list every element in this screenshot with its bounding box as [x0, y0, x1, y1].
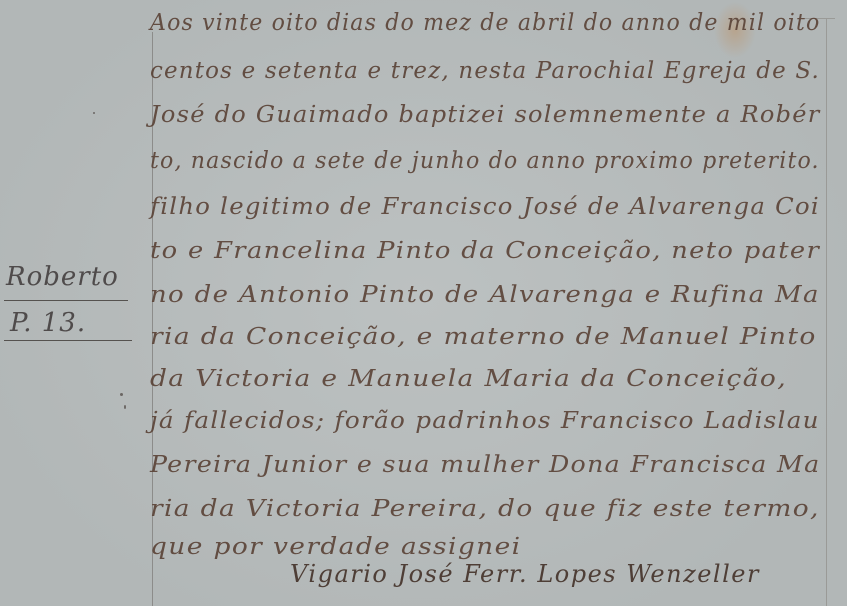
- ink-speck: [93, 112, 95, 114]
- margin-page-ref: P. 13.: [10, 308, 86, 338]
- record-line: Aos vinte oito dias do mez de abril do a…: [150, 10, 820, 36]
- record-line: já fallecidos; forão padrinhos Francisco…: [150, 408, 820, 434]
- record-line: da Victoria e Manuela Maria da Conceição…: [150, 366, 787, 392]
- margin-name: Roberto: [6, 262, 119, 292]
- record-line: to, nascido a sete de junho do anno prox…: [150, 148, 820, 174]
- record-line: centos e setenta e trez, nesta Parochial…: [150, 58, 820, 84]
- record-line: no de Antonio Pinto de Alvarenga e Rufin…: [150, 282, 820, 308]
- margin-underline: [4, 300, 128, 301]
- record-line: José do Guaimado baptizei solemnemente a…: [150, 102, 820, 128]
- record-line: ria da Victoria Pereira, do que fiz este…: [150, 496, 820, 522]
- record-line: Pereira Junior e sua mulher Dona Francis…: [150, 452, 821, 478]
- record-line: ria da Conceição, e materno de Manuel Pi…: [150, 324, 817, 350]
- record-line: filho legitimo de Francisco José de Alva…: [150, 194, 820, 220]
- priest-signature: Vigario José Ferr. Lopes Wenzeller: [290, 560, 760, 588]
- ink-speck: [120, 393, 123, 396]
- record-line: to e Francelina Pinto da Conceição, neto…: [150, 238, 820, 264]
- ink-speck: [124, 405, 126, 409]
- right-margin-rule: [826, 18, 827, 606]
- margin-underline: [4, 340, 132, 341]
- record-line: que por verdade assignei: [150, 534, 521, 560]
